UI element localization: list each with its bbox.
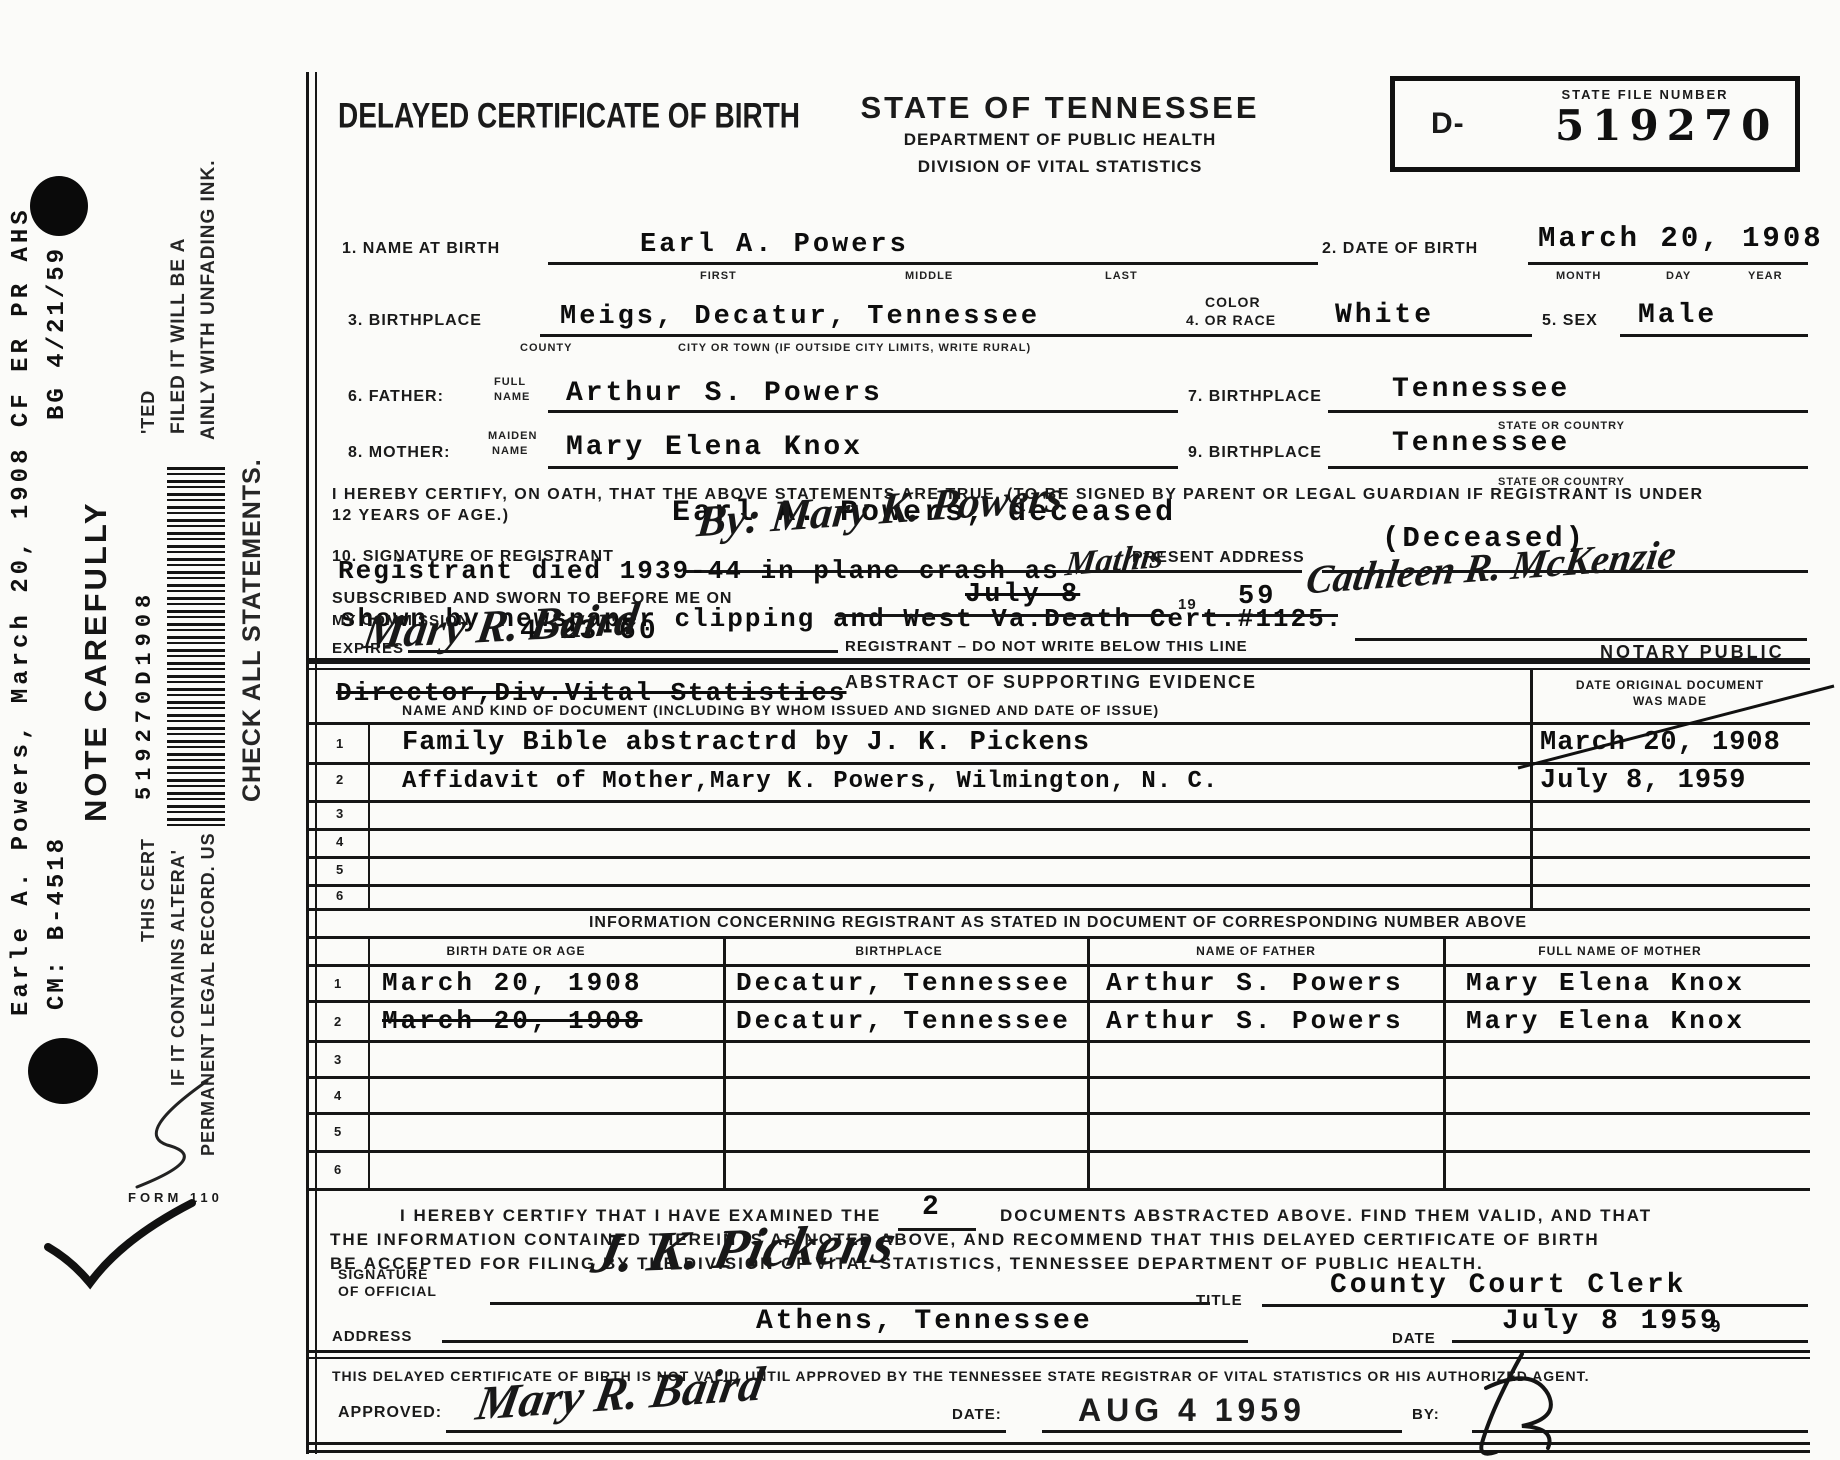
address-label: ADDRESS [332,1328,412,1345]
registrant-signature: By: Mary K. Powers [695,470,1066,547]
info-bar-bottom-line [306,936,1810,939]
father-birthplace-label: 7. BIRTHPLACE [1188,388,1322,406]
abstract-row-number: 1 [336,736,344,751]
race-label-line1: COLOR [1205,294,1261,310]
mother-name-value: Mary Elena Knox [566,432,863,463]
punch-hole-bottom [28,1038,98,1104]
abstract-doc-header: NAME AND KIND OF DOCUMENT (INCLUDING BY … [402,702,1159,718]
info-row-father: Arthur S. Powers [1106,968,1404,998]
race-value: White [1335,300,1434,331]
name-sub-last: LAST [1105,270,1138,282]
info-row-birthplace: Decatur, Tennessee [736,1006,1071,1036]
note-carefully-stamp: NOTE CAREFULLY [78,500,114,822]
sworn-year-value: 59 [1238,582,1276,612]
barcode-number: 519270D1908 [132,589,157,800]
father-sub-full: FULL [494,376,526,388]
margin-cm-number: CM: B-4518 [44,836,71,1010]
sworn-year-prefix: 19 [1178,596,1197,613]
info-row-number: 2 [334,1014,342,1029]
margin-bg-date: BG 4/21/59 [44,246,71,420]
mother-birthplace-underline [1328,466,1808,469]
dob-sub-month: MONTH [1556,270,1601,282]
info-row-line [306,1000,1810,1003]
sex-value: Male [1638,300,1717,331]
info-row-line [306,1150,1810,1153]
abstract-row-line [306,800,1810,803]
official-signature: J. K. Pickens [586,1211,901,1286]
signature-of-official-label-line2: OF OFFICIAL [338,1283,437,1299]
date-of-birth-label: 2. DATE OF BIRTH [1322,240,1478,258]
abstract-title: ABSTRACT OF SUPPORTING EVIDENCE [845,672,1257,693]
death-note-line1: Registrant died 1939-44 in plane crash a… [338,556,1060,586]
approved-date-label: DATE: [952,1406,1002,1423]
race-underline [1302,334,1532,337]
sex-label: 5. SEX [1542,312,1598,330]
approved-signature-line [446,1430,1006,1433]
birthplace-sub-city: CITY OR TOWN (IF OUTSIDE CITY LIMITS, WR… [678,342,1031,354]
info-row-birth-date: March 20, 1908 [382,968,642,998]
mother-underline [548,466,1178,469]
info-col-birthplace: BIRTHPLACE [789,944,1009,958]
margin-stamp-this-cert: THIS CERT [138,838,159,942]
name-at-birth-value: Earl A. Powers [640,230,909,260]
mother-birthplace-value: Tennessee [1392,428,1570,459]
father-underline [548,410,1178,413]
file-number-value: 519270 [1555,101,1778,150]
notary-line [1355,638,1807,641]
birthplace-underline [540,334,1312,337]
birthplace-label: 3. BIRTHPLACE [348,312,482,330]
sworn-date-value: July 8 [965,580,1080,610]
margin-stamp-filed: FILED IT WILL BE A [168,238,190,434]
margin-stamp-ted: 'TED [138,390,159,434]
abstract-row-number: 5 [336,862,344,877]
mother-sub-maiden: MAIDEN [488,430,537,442]
mother-birthplace-label: 9. BIRTHPLACE [1188,444,1322,462]
signature-of-official-label-line1: SIGNATURE [338,1266,428,1282]
info-header-line [306,964,1810,967]
department-heading: DEPARTMENT OF PUBLIC HEALTH [860,130,1260,150]
info-row-birthplace: Decatur, Tennessee [736,968,1071,998]
approved-date-line [1042,1430,1402,1433]
info-table-bottom-line [306,1188,1810,1191]
info-row-line [306,1112,1810,1115]
info-row-number: 3 [334,1052,342,1067]
do-not-write-note: REGISTRANT – DO NOT WRITE BELOW THIS LIN… [845,638,1248,655]
margin-stamp-check-statements: CHECK ALL STATEMENTS. [238,458,267,802]
section-rule-thin [306,668,1810,670]
death-note-handwriting: Mathıs [1063,537,1166,584]
title-label: TITLE [1196,1292,1243,1309]
info-row-number: 5 [334,1124,342,1139]
abstract-row-number: 4 [336,834,344,849]
division-heading: DIVISION OF VITAL STATISTICS [860,157,1260,177]
by-label: BY: [1412,1406,1440,1423]
date-of-birth-value: March 20, 1908 [1538,222,1824,255]
certify-line1-post: DOCUMENTS ABSTRACTED ABOVE. FIND THEM VA… [1000,1206,1652,1226]
name-sub-middle: MIDDLE [905,270,953,282]
date-stray-digit: 9 [1710,1318,1724,1338]
father-birthplace-underline [1328,410,1808,413]
info-row-number: 6 [334,1162,342,1177]
state-heading: STATE OF TENNESSEE [860,90,1260,126]
address-value: Athens, Tennessee [756,1306,1093,1337]
abstract-row-number: 2 [336,772,344,787]
mother-sub-name: NAME [492,445,528,457]
race-label-line2: 4. OR RACE [1186,312,1276,328]
date-label: DATE [1392,1330,1436,1347]
info-row-line [306,1040,1810,1043]
info-row-mother: Mary Elena Knox [1466,1006,1745,1036]
birthplace-sub-county: COUNTY [520,342,572,354]
info-row-number: 4 [334,1088,342,1103]
margin-index-line: Earle A. Powers, March 20, 1908 CF ER PR… [8,206,35,1016]
margin-stamp-unfading-ink: AINLY WITH UNFADING INK. [198,159,220,440]
info-col-birth-date: BIRTH DATE OR AGE [406,944,626,958]
sex-underline [1620,334,1808,337]
margin-stamp-alterations: IF IT CONTAINS ALTERA' [168,849,189,1086]
abstract-row-line [306,884,1810,887]
certify-line3: BE ACCEPTED FOR FILING BY THE DIVISION O… [330,1254,1484,1274]
info-row-birth-date: March 20, 1908 [382,1006,642,1036]
approved-date-stamp: AUG 4 1959 [1078,1392,1306,1429]
by-initials-scribble [1452,1348,1592,1460]
abstract-row-document: Family Bible abstractrd by J. K. Pickens [402,728,1090,758]
punch-hole-top [30,176,88,236]
abstract-row-document: Affidavit of Mother,Mary K. Powers, Wilm… [402,768,1218,795]
diagonal-stroke [1510,682,1840,777]
father-name-value: Arthur S. Powers [566,378,883,409]
sworn-year-line [1202,614,1338,617]
father-label: 6. FATHER: [348,388,444,406]
date-value: July 8 1959 [1502,1306,1720,1337]
section-rule-thick [306,658,1810,664]
approved-label: APPROVED: [338,1404,442,1422]
dob-sub-year: YEAR [1748,270,1783,282]
info-row-line [306,1076,1810,1079]
address-line [442,1340,1248,1343]
info-col-father: NAME OF FATHER [1146,944,1366,958]
date-of-birth-underline [1528,262,1808,265]
certify-doc-count: 2 [922,1192,942,1223]
abstract-row-number: 6 [336,888,344,903]
mother-label: 8. MOTHER: [348,444,450,462]
barcode [167,467,225,827]
abstract-row-number: 3 [336,806,344,821]
certify-line2: THE INFORMATION CONTAINED THEREIN IS AS … [330,1230,1600,1250]
state-file-number-box: STATE FILE NUMBER D- 519270 [1390,76,1800,172]
file-number-prefix: D- [1431,107,1465,141]
date-line [1452,1340,1808,1343]
dob-sub-day: DAY [1666,270,1691,282]
name-at-birth-label: 1. NAME AT BIRTH [342,240,500,258]
margin-scribble [115,1075,220,1195]
form-title: DELAYED CERTIFICATE OF BIRTH [338,96,800,136]
info-bar-top-line [306,908,1810,911]
name-sub-first: FIRST [700,270,737,282]
father-birthplace-value: Tennessee [1392,374,1570,405]
state-file-number-label: STATE FILE NUMBER [1505,87,1785,102]
abstract-row-line [306,856,1810,859]
birthplace-value: Meigs, Decatur, Tennessee [560,302,1040,332]
info-col-mother: FULL NAME OF MOTHER [1498,944,1742,958]
checkmark-mark [40,1195,200,1295]
oath-line2: 12 YEARS OF AGE.) [332,507,510,525]
title-value: County Court Clerk [1330,1270,1686,1301]
abstract-number-divider [368,722,370,910]
info-row-mother: Mary Elena Knox [1466,968,1745,998]
name-underline [548,262,1318,265]
official-signature-line [490,1302,1210,1305]
delayed-birth-certificate-scan: Earle A. Powers, March 20, 1908 CF ER PR… [0,0,1840,1460]
abstract-row-line [306,828,1810,831]
info-row-father: Arthur S. Powers [1106,1006,1404,1036]
info-table-title: INFORMATION CONCERNING REGISTRANT AS STA… [458,914,1658,932]
sworn-date-line [838,614,1170,617]
info-row-number: 1 [334,976,342,991]
father-sub-name: NAME [494,391,530,403]
